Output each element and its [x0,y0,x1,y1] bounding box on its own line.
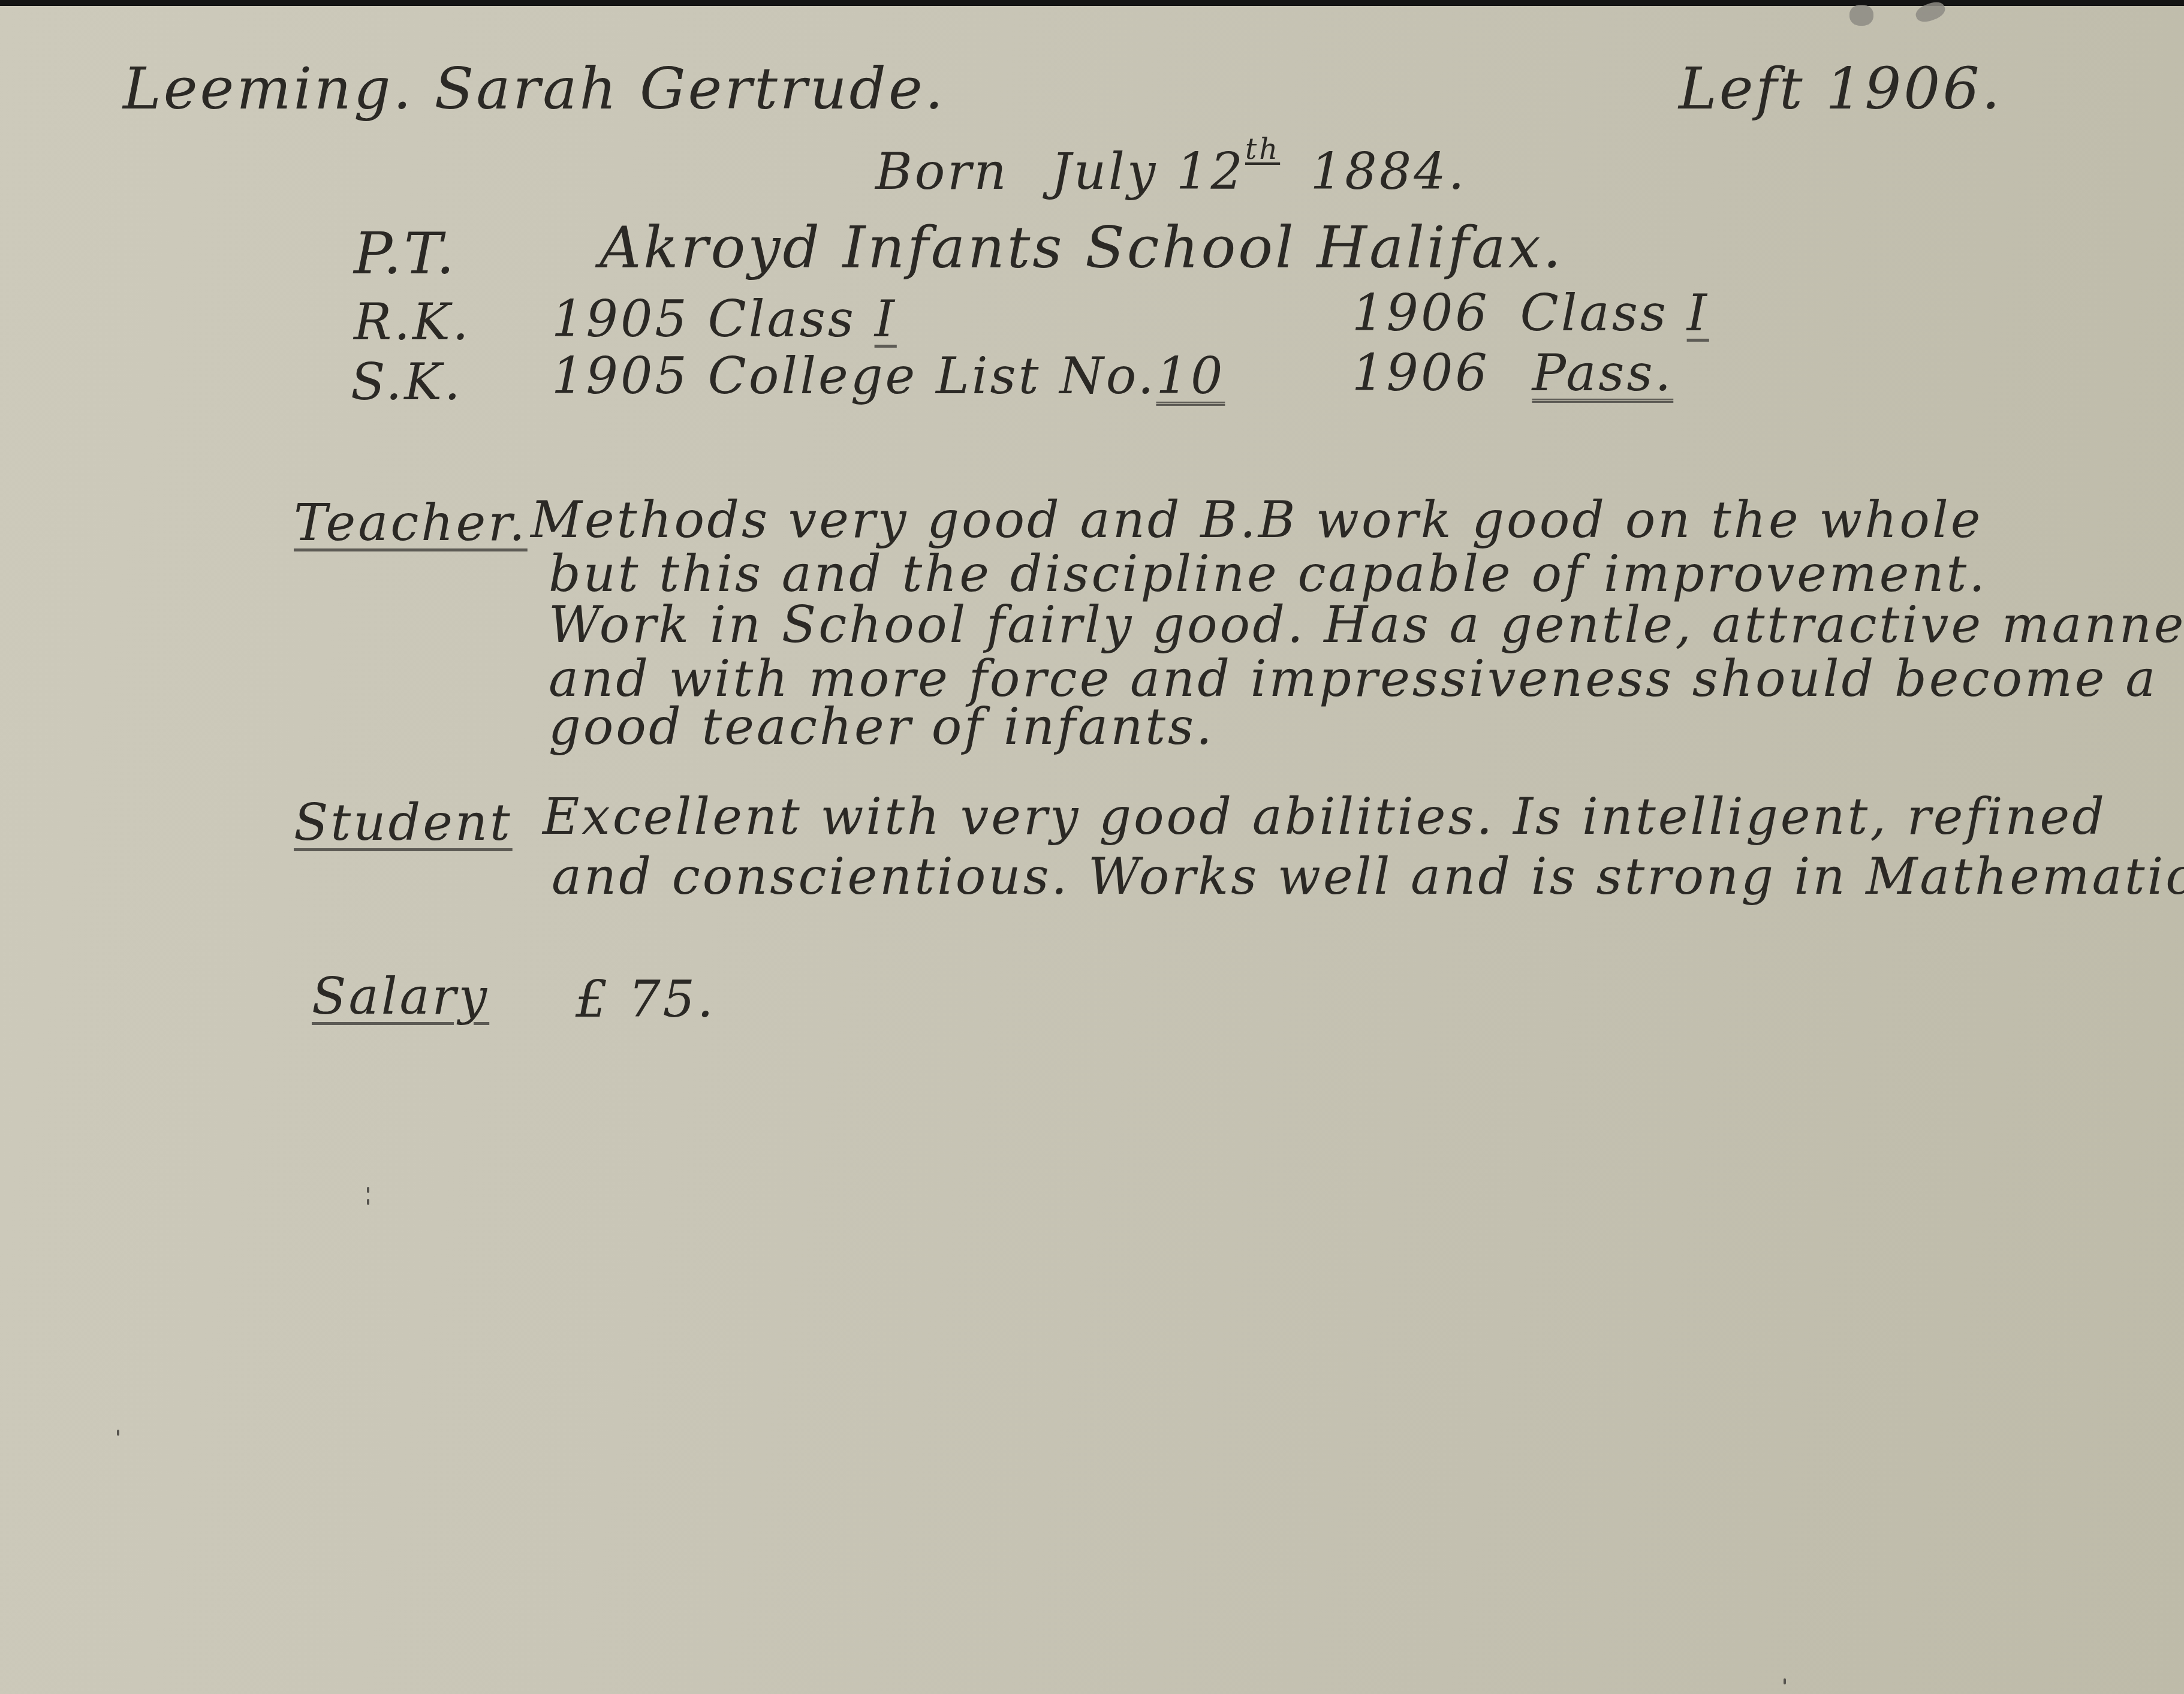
pt-school: Akroyd Infants School Halifax. [600,219,1564,276]
rk-1906-class: I [1687,284,1709,342]
student-name: Leeming. Sarah Gertrude. [123,60,945,117]
born-year: 1884. [1311,142,1466,201]
sk-1905: 1905 College List No.10 [552,351,1225,401]
student-label: Student [294,797,513,848]
salary-label: Salary [312,971,489,1021]
student-line: and conscientious. Works well and is str… [552,851,2184,902]
rk-1906-year: 1906 [1352,284,1490,342]
born-label: Born [875,142,1009,201]
sk-1905-number: 10 [1156,346,1225,405]
paper-speck [117,1430,119,1436]
teacher-line: Work in School fairly good. Has a gentle… [549,599,2184,650]
rk-1906-text: Class [1520,284,1668,342]
teacher-line: and with more force and impressiveness s… [549,653,2158,704]
rk-1905-text: Class [707,290,855,348]
born-month: July [1051,142,1158,201]
born-day: 12 [1176,142,1245,201]
sk-1906-result: Pass. [1532,343,1673,402]
sk-1906: 1906 Pass. [1352,348,1673,398]
sk-1905-year: 1905 [552,346,689,405]
pt-label: P.T. [354,225,457,282]
teacher-line: Methods very good and B.B work good on t… [531,495,1983,545]
rk-1905-year: 1905 [552,290,689,348]
ink-smudge [1849,5,1873,26]
paper-speck [1784,1678,1786,1684]
rk-label: R.K. [354,297,471,347]
salary-value: £ 75. [576,974,716,1024]
sk-label: S.K. [351,357,463,407]
birth-date: Born July 12th 1884. [875,135,1466,197]
teacher-line: but this and the discipline capable of i… [549,548,1987,599]
sk-1905-text: College List No. [707,346,1156,405]
paper-speck [367,1187,369,1193]
student-line: Excellent with very good abilities. Is i… [543,791,2107,842]
paper-speck [367,1199,369,1205]
born-ordinal: th [1245,132,1280,166]
sk-1906-year: 1906 [1352,343,1490,402]
teacher-line: good teacher of infants. [549,701,1215,752]
rk-1905-class: I [875,290,897,348]
left-year: Left 1906. [1679,60,2002,117]
rk-1905: 1905 Class I [552,294,897,344]
rk-1906: 1906 Class I [1352,288,1709,338]
teacher-label: Teacher. [294,498,528,548]
